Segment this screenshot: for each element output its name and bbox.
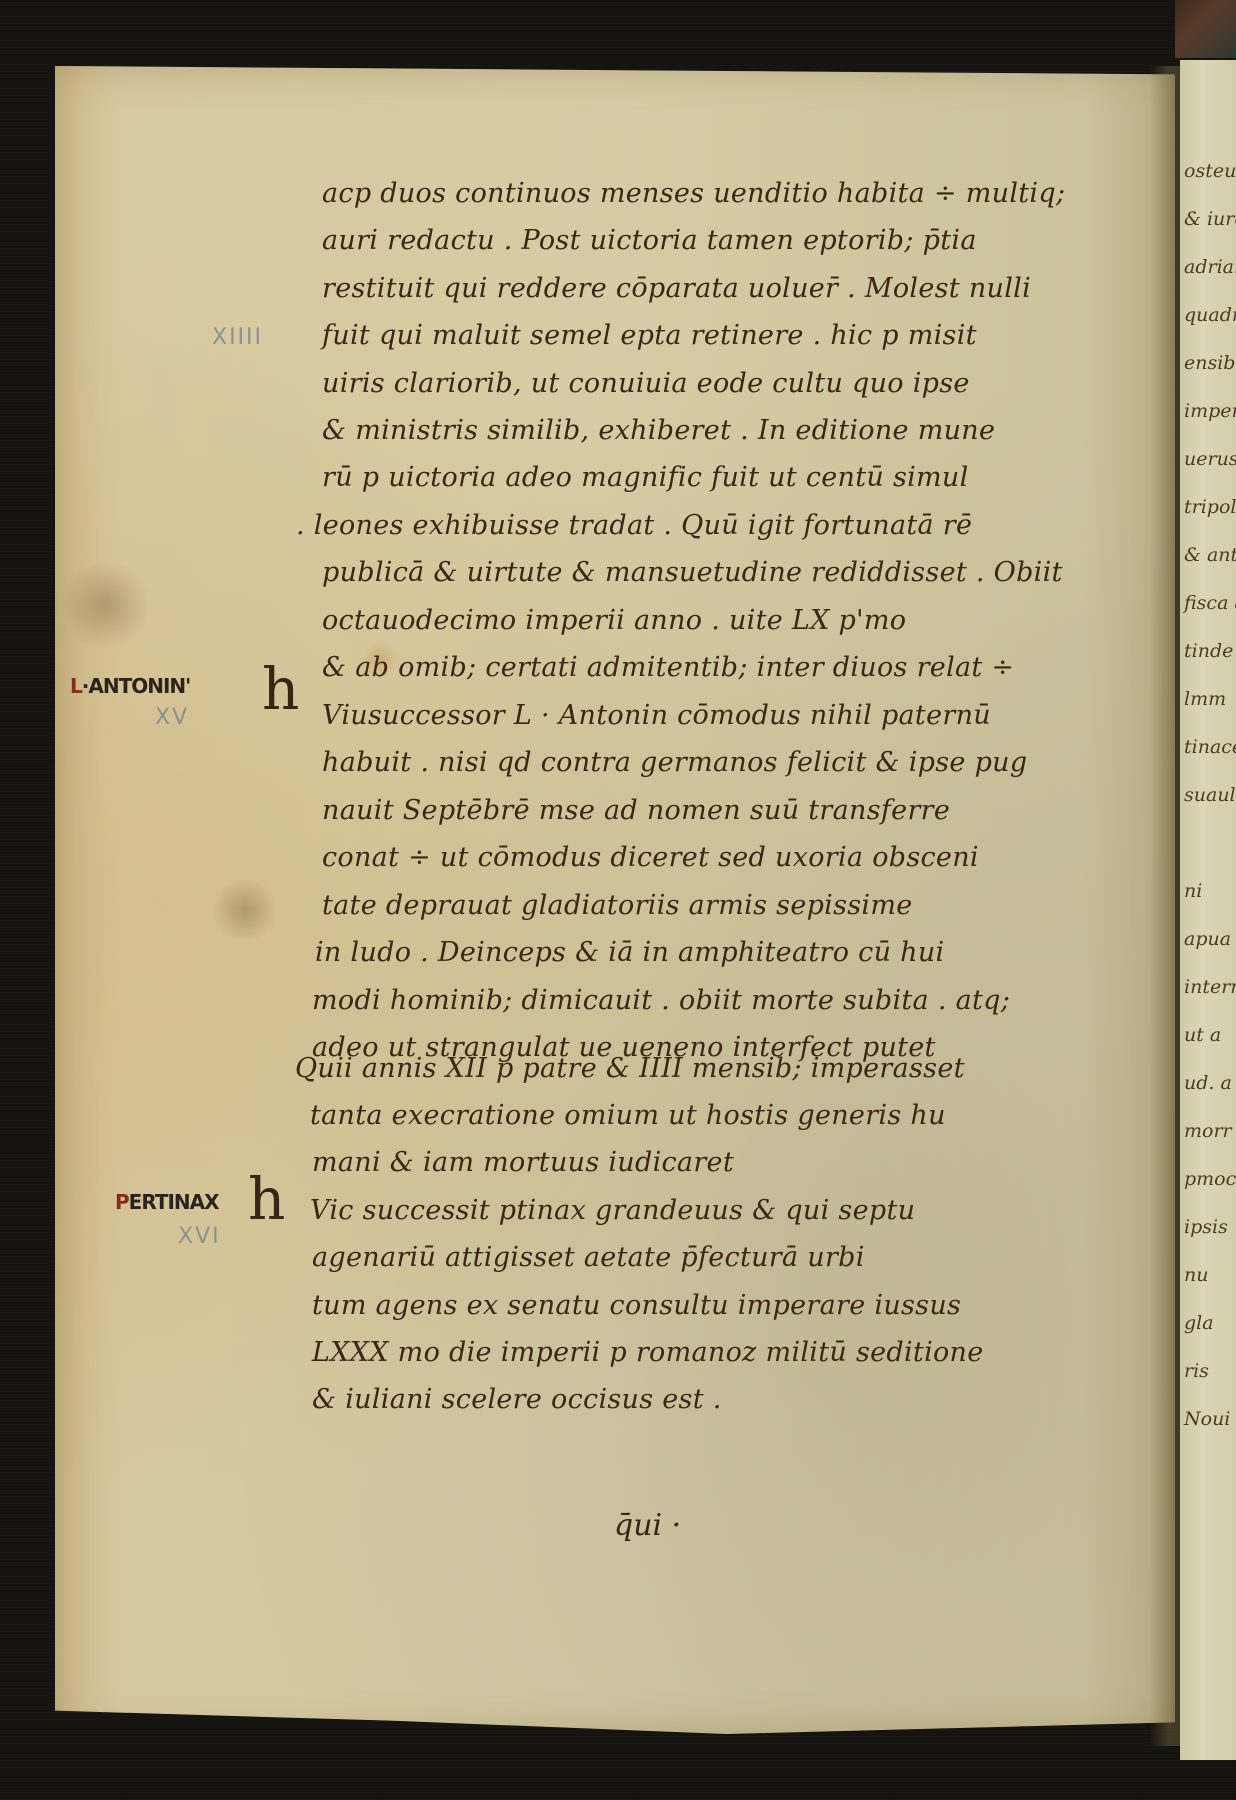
adjacent-text-line: tripolit (1184, 496, 1236, 518)
adjacent-text-line: & iurep (1184, 208, 1236, 230)
text-line: & ministris similib, exhiberet . In edit… (322, 415, 995, 446)
catchword: q̄ui · (614, 1508, 681, 1543)
text-line: & ab omib; certati admitentib; inter diu… (322, 652, 1014, 683)
adjacent-text-line: interri (1184, 976, 1236, 998)
rubric-label-antoninus: L·ANTONIN' (70, 674, 190, 698)
adjacent-text-line: ensib, (1184, 352, 1236, 374)
rubric-red-letter: L (70, 674, 82, 698)
adjacent-text-line: ut a (1184, 1024, 1221, 1046)
text-line: Quii annis XII p patre & IIII mensib; im… (295, 1053, 965, 1084)
text-line: fuit qui maluit semel epta retinere . hi… (322, 320, 977, 351)
binding-edge (1175, 0, 1236, 58)
text-line: mani & iam mortuus iudicaret (312, 1147, 734, 1178)
adjacent-text-line: gla (1184, 1312, 1214, 1334)
text-line: habuit . nisi qd contra germanos felicit… (322, 747, 1027, 778)
text-line: modi hominib; dimicauit . obiit morte su… (312, 985, 1010, 1016)
text-line: uiris clariorib, ut conuiuia eode cultu … (322, 368, 970, 399)
initial-letter-h: h (262, 660, 299, 718)
adjacent-text-line: osteum (1184, 160, 1236, 182)
text-line: conat ÷ ut cōmodus diceret sed uxoria ob… (322, 842, 979, 873)
text-line: in ludo . Deinceps & iā in amphiteatro c… (315, 937, 944, 968)
adjacent-text-line: apua (1184, 928, 1231, 950)
text-line: restituit qui reddere cōparata uoluer̄ .… (322, 273, 1031, 304)
rubric-label-pertinax: PERTINAX (115, 1190, 219, 1214)
adjacent-text-line: ud. a (1184, 1072, 1232, 1094)
adjacent-text-line: tinaces (1184, 736, 1236, 758)
adjacent-page-edge: osteum & iurep adriano quadmu ensib, imp… (1180, 60, 1236, 1760)
text-line: tanta execratione omium ut hostis generi… (310, 1100, 946, 1131)
adjacent-text-line: ipsis (1184, 1216, 1228, 1238)
adjacent-text-line: ris (1184, 1360, 1209, 1382)
adjacent-text-line: Noui (1184, 1408, 1230, 1430)
adjacent-text-line: uerus a (1184, 448, 1236, 470)
adjacent-text-line: nu (1184, 1264, 1208, 1286)
text-line: publicā & uirtute & mansuetudine rediddi… (322, 557, 1063, 588)
adjacent-text-line: fisca a (1184, 592, 1236, 614)
adjacent-text-line: adriano (1184, 256, 1236, 278)
text-line: tate deprauat gladiatoriis armis sepissi… (322, 890, 913, 921)
adjacent-text-line: imper (1184, 400, 1236, 422)
stain (210, 880, 280, 940)
adjacent-text-line: suaul (1184, 784, 1236, 806)
text-line: Viusuccessor L · Antonin cōmodus nihil p… (322, 700, 991, 731)
text-line: Vic successit ptinax grandeuus & qui sep… (310, 1195, 915, 1226)
text-line: nauit Septēbrē mse ad nomen suū transfer… (322, 795, 950, 826)
stain (60, 560, 150, 650)
gutter-shadow (1150, 66, 1180, 1746)
adjacent-text-line: tinde & (1184, 640, 1236, 662)
text-line: tum agens ex senatu consultu imperare iu… (312, 1290, 961, 1321)
rubric-text: ERTINAX (129, 1190, 219, 1214)
initial-letter-h: h (248, 1170, 285, 1228)
adjacent-text-line: quadmu (1184, 304, 1236, 326)
pencil-chapter-number: XIIII (212, 325, 263, 350)
text-line: . leones exhibuisse tradat . Quū igit fo… (296, 510, 972, 541)
text-line: rū p uictoria adeo magnific fuit ut cent… (322, 462, 969, 493)
adjacent-text-line: ni (1184, 880, 1202, 902)
text-line: acp duos continuos menses uenditio habit… (322, 178, 1065, 209)
rubric-red-letter: P (115, 1190, 129, 1214)
adjacent-text-line: & ante (1184, 544, 1236, 566)
adjacent-text-line: morr (1184, 1120, 1232, 1142)
rubric-text: ANTONIN' (88, 674, 190, 698)
text-line: auri redactu . Post uictoria tamen eptor… (322, 225, 977, 256)
adjacent-text-line: lmm (1184, 688, 1226, 710)
pencil-chapter-number: XV (155, 705, 189, 730)
text-line: octauodecimo imperii anno . uite LX p'mo (322, 605, 906, 636)
text-line: & iuliani scelere occisus est . (312, 1384, 722, 1415)
text-line: LXXX mo die imperii p romanoz militū sed… (312, 1337, 984, 1368)
pencil-chapter-number: XVI (178, 1224, 221, 1249)
adjacent-text-line: pmocca (1184, 1168, 1236, 1190)
text-line: agenariū attigisset aetate p̄fecturā urb… (312, 1242, 865, 1273)
